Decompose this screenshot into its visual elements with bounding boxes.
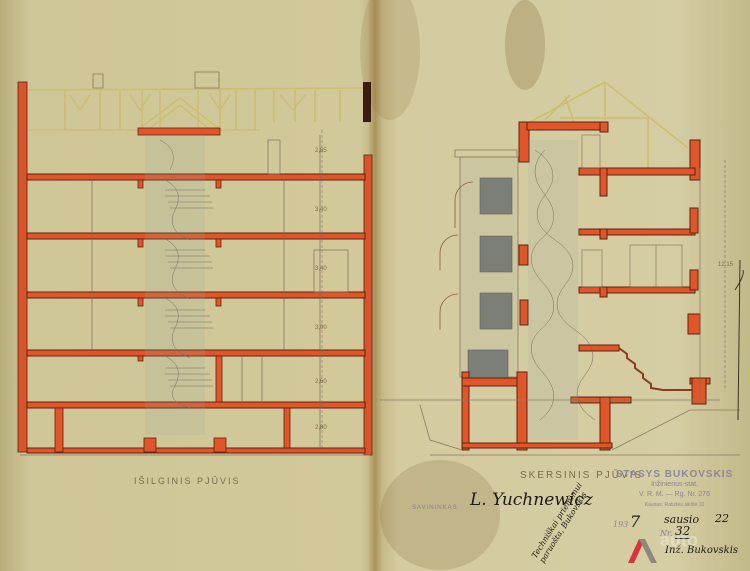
floor-height-label: 3,40 (315, 207, 327, 213)
floor-height-label: 2,85 (315, 148, 327, 154)
longitudinal-section-title: IŠILGINIS PJŪVIS (134, 476, 241, 486)
stamp-line: V. R. M. — Rg. Nr. 276 (612, 490, 737, 500)
longitudinal-section (18, 72, 372, 455)
floor-height-label: 2,60 (315, 379, 327, 385)
stamp-date-year: 7 (630, 512, 640, 531)
scanned-drawing-sheet: 2,85 3,40 3,40 3,00 2,60 2,80 12,15 IŠIL… (0, 0, 750, 571)
stamp-line: Inžinierius-stat. (612, 480, 737, 490)
stamp-date-day: 22 (715, 512, 729, 525)
archive-logo-icon (625, 535, 659, 565)
floor-height-label: 3,40 (315, 266, 327, 272)
watermark-text: auto (660, 532, 698, 548)
cross-section (380, 82, 740, 455)
total-height-label: 12,15 (718, 262, 733, 268)
stamp-line: Kaunas, Ratušės aikštė 10 (612, 500, 737, 510)
engineer-stamp: STASYS BUKOVSKIS Inžinierius-stat. V. R.… (612, 470, 737, 510)
floor-height-label: 3,00 (315, 325, 327, 331)
owner-label: SAVININKAS (412, 505, 458, 511)
stamp-date-prefix: 193 (613, 520, 628, 529)
floor-height-label: 2,80 (315, 425, 327, 431)
stamp-name: STASYS BUKOVSKIS (612, 470, 737, 480)
